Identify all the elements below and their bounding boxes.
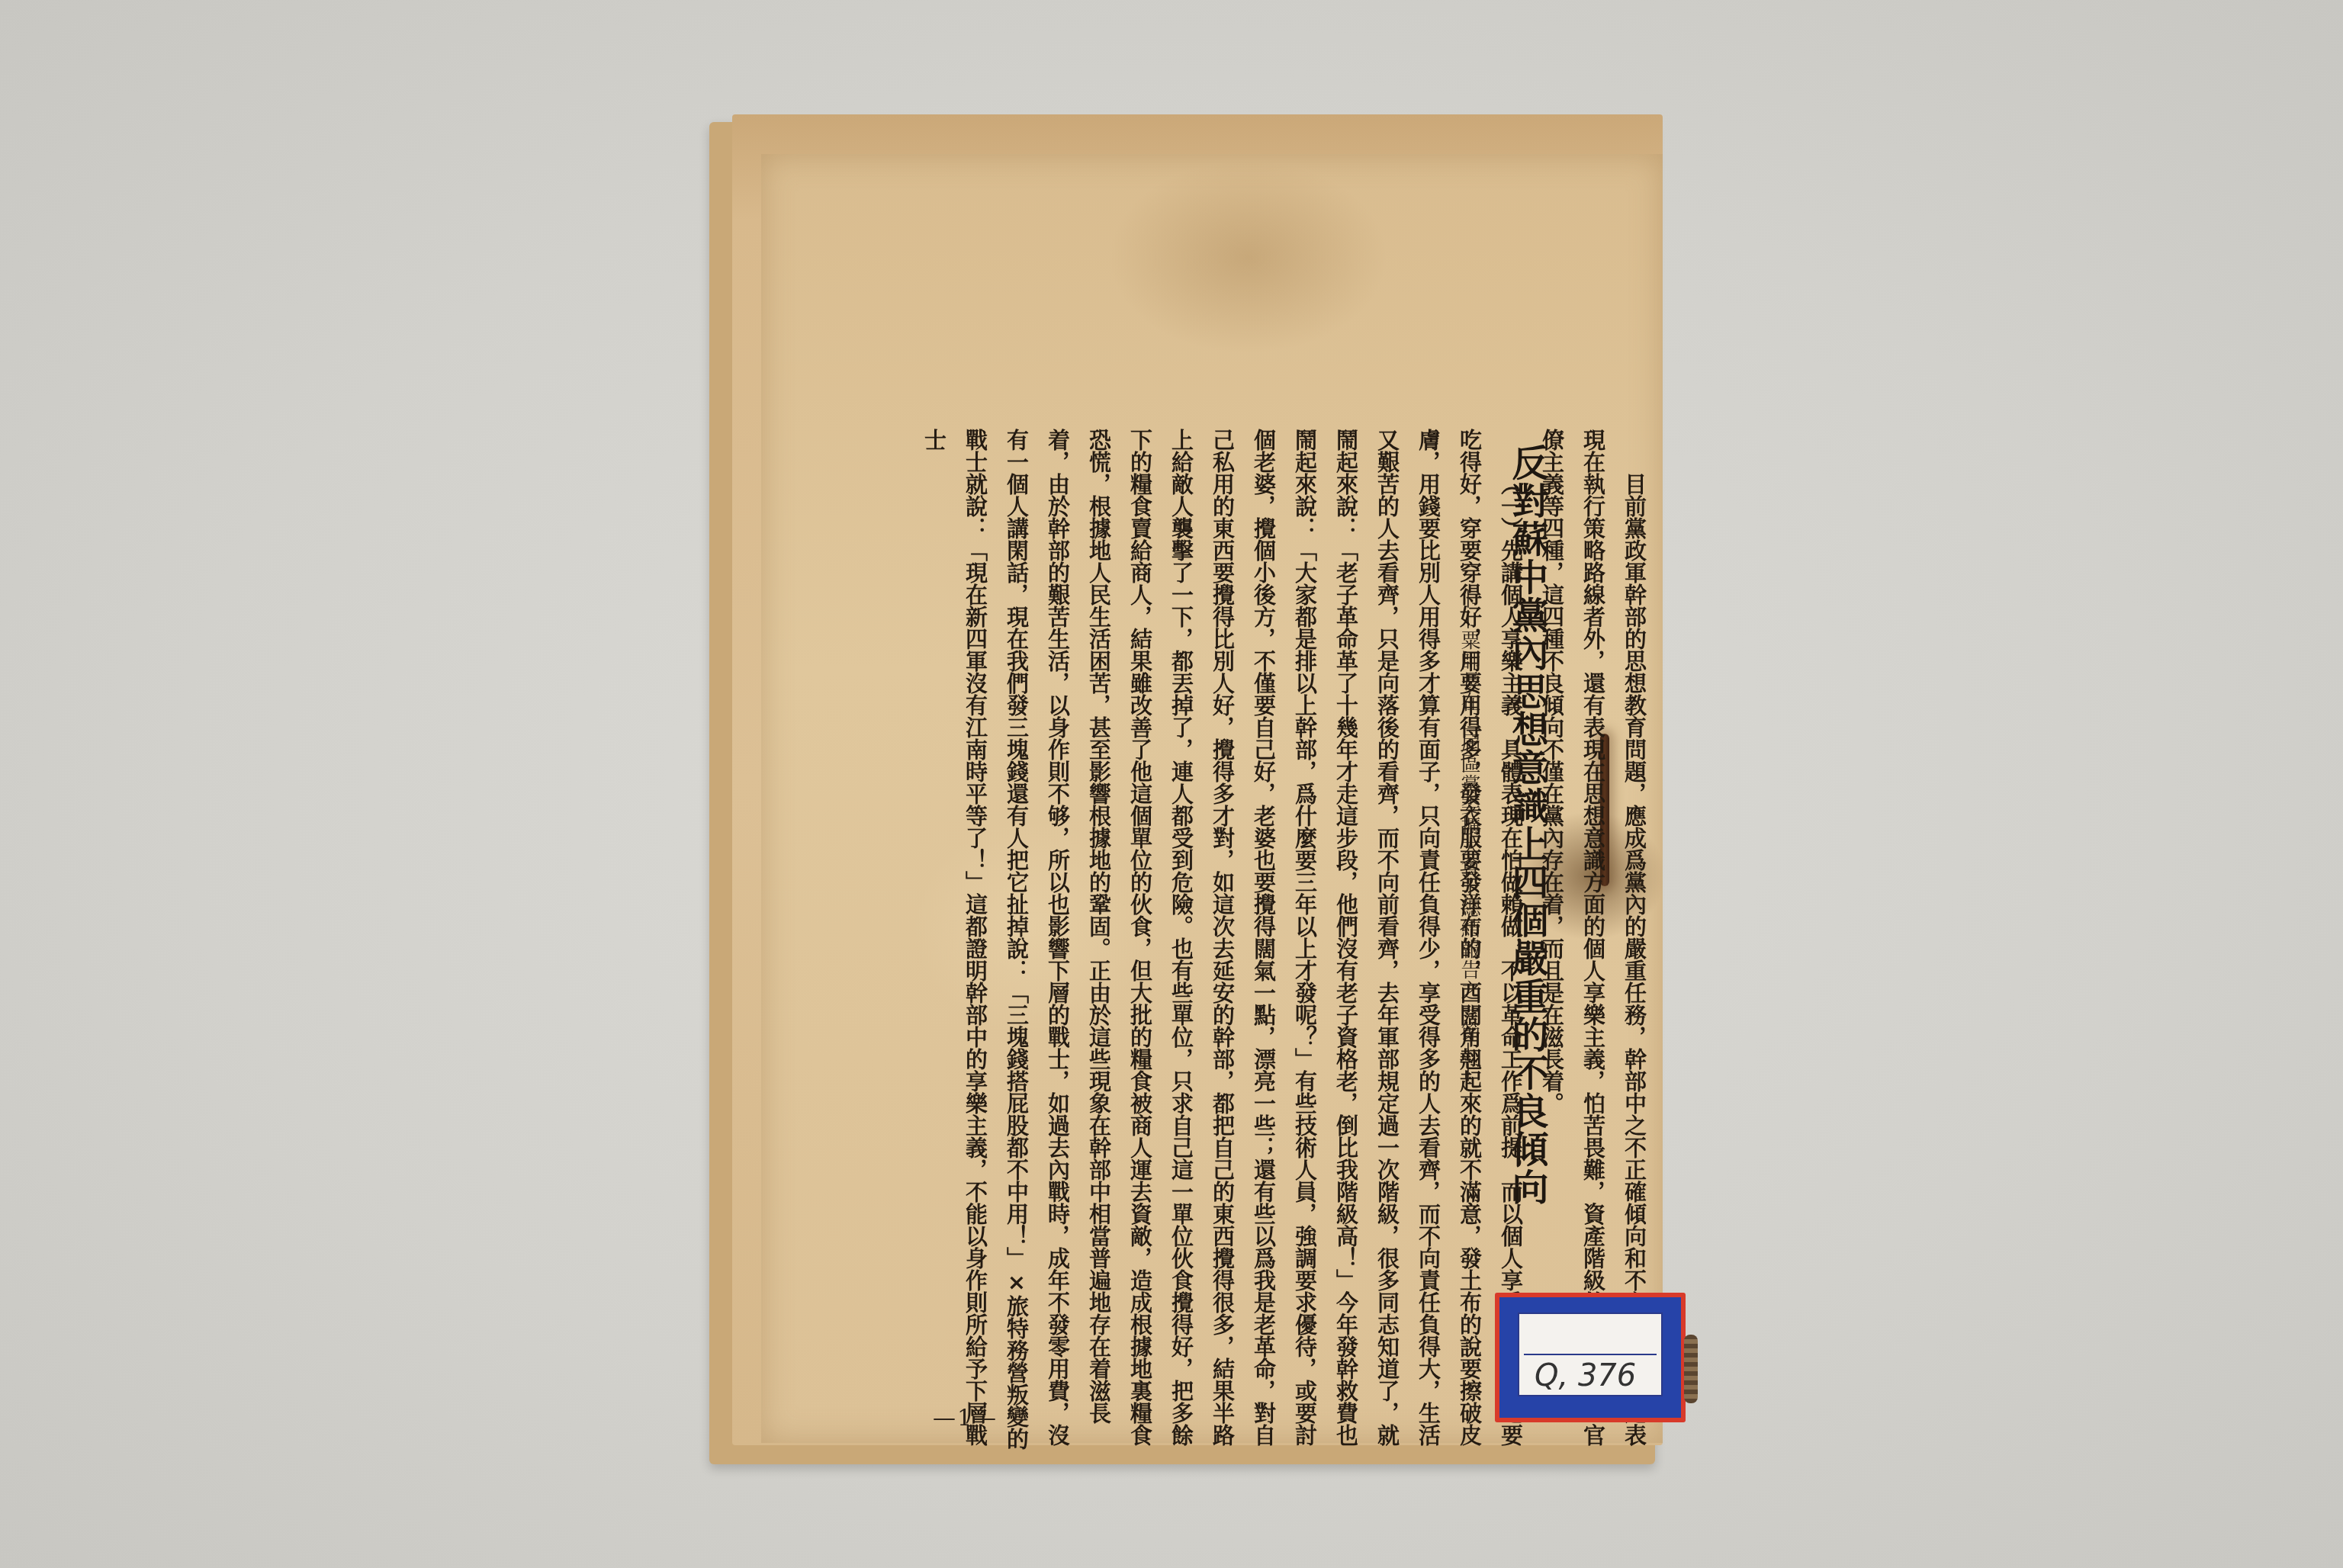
document-page: 反對蘇中黨內思想意識上四個嚴重的不良傾向 ——粟師長在二屆區黨委擴大會上總結報告… (761, 154, 1663, 1443)
catalog-label-divider (1524, 1354, 1657, 1355)
catalog-label: Q, 376 (1495, 1293, 1686, 1422)
booklet: 反對蘇中黨內思想意識上四個嚴重的不良傾向 ——粟師長在二屆區黨委擴大會上總結報告… (732, 114, 1678, 1457)
catalog-label-card: Q, 376 (1518, 1313, 1663, 1396)
paragraph-hedonism: （一）先講個人享樂主義，具體表現在怕做賴做，不以革命工作爲前提，而以個人享受爲前… (914, 429, 1531, 1466)
page-number: —1— (933, 1405, 998, 1431)
catalog-label-frame: Q, 376 (1499, 1297, 1681, 1418)
binding-string (1684, 1335, 1698, 1403)
catalog-code: Q, 376 (1535, 1358, 1636, 1393)
